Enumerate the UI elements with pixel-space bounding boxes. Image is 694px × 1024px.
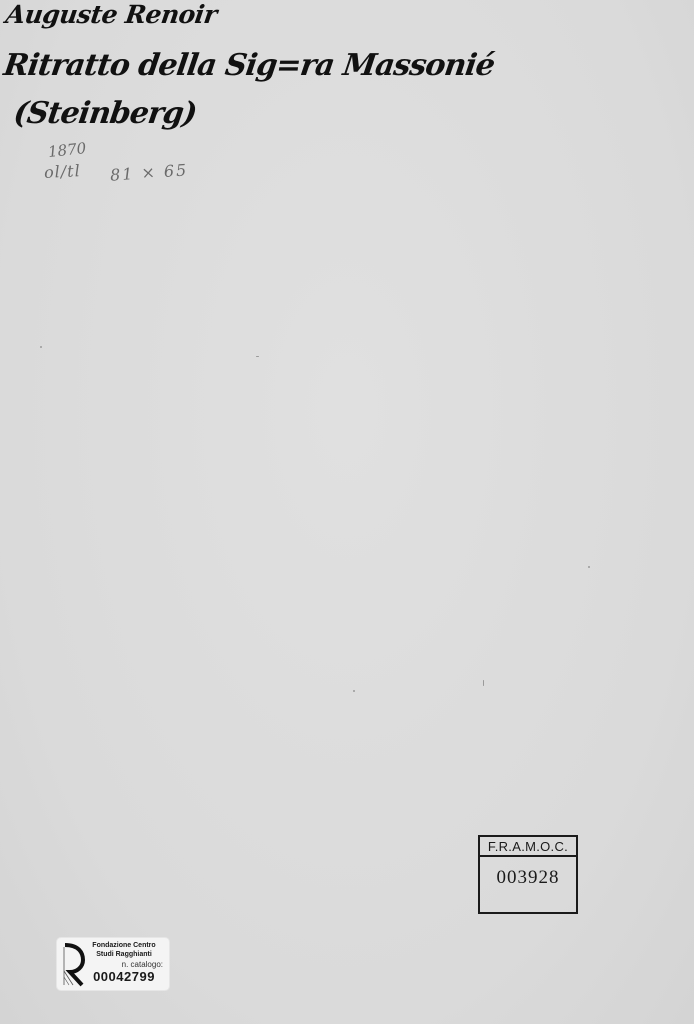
institution-name-line2: Studi Ragghianti	[85, 950, 163, 959]
pencil-year: 1870	[47, 139, 87, 161]
archive-card-sheet: Auguste Renoir Ritratto della Sig=ra Mas…	[0, 0, 694, 1024]
catalog-label: Fondazione Centro Studi Ragghianti n. ca…	[57, 938, 169, 990]
handwritten-owner: (Steinberg)	[12, 96, 199, 131]
paper-speck	[256, 356, 259, 357]
paper-speck	[483, 680, 484, 686]
paper-speck	[353, 690, 355, 692]
pencil-technique: ol/tl	[44, 161, 82, 182]
stamp-number: 003928	[480, 867, 576, 889]
stamp-header: F.R.A.M.O.C.	[480, 837, 576, 857]
catalog-label-text: Fondazione Centro Studi Ragghianti n. ca…	[85, 941, 163, 984]
paper-speck	[40, 346, 42, 348]
handwritten-artwork-title: Ritratto della Sig=ra Massonié	[2, 48, 497, 83]
institution-name-line1: Fondazione Centro	[85, 941, 163, 950]
framoc-stamp: F.R.A.M.O.C. 003928	[478, 835, 578, 914]
handwritten-artist-name: Auguste Renoir	[4, 0, 219, 29]
ragghianti-r-logo-icon	[61, 941, 85, 987]
paper-speck	[588, 566, 590, 568]
pencil-dimensions: 81 × 65	[109, 160, 188, 184]
catalog-number: 00042799	[85, 970, 163, 984]
